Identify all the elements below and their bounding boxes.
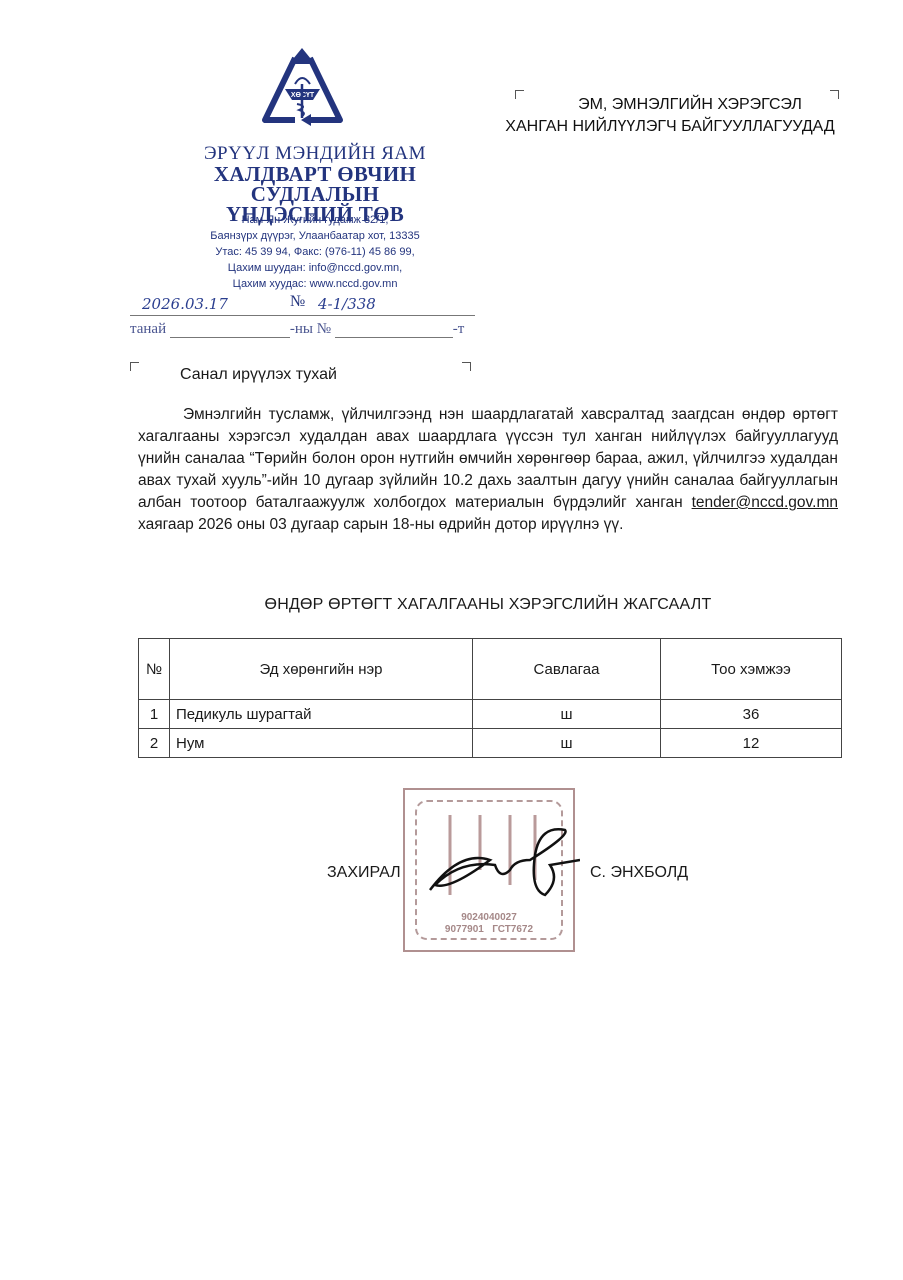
organization-logo-icon: ХӨСҮТ: [255, 44, 350, 132]
subject-corner-right: [462, 362, 471, 371]
organization-address: Нам Ян Жугийн гудамж 32/1, Баянзүрх дүүр…: [170, 212, 460, 292]
letter-subject: Санал ирүүлэх тухай: [180, 366, 337, 384]
your-number-blank: [335, 323, 453, 338]
organization-name-line1: ХАЛДВАРТ ӨВЧИН СУДЛАЛЫН: [150, 164, 480, 204]
items-table: № Эд хөрөнгийн нэр Савлагаа Тоо хэмжээ 1…: [138, 638, 842, 758]
table-title: ӨНДӨР ӨРТӨГТ ХАГАЛГААНЫ ХЭРЭГСЛИЙН ЖАГСА…: [138, 596, 838, 614]
stamp-number-1: 9024040027: [405, 912, 573, 923]
your-reference: танай -ны № -т: [130, 321, 475, 338]
body-text-part2: хаягаар 2026 оны 03 дугаар сарын 18-ны ө…: [138, 516, 623, 533]
letter-number: 4-1/338: [318, 295, 376, 313]
signatory-name: С. ЭНХБОЛД: [590, 864, 688, 882]
row-quantity: 12: [661, 729, 842, 758]
address-street: Нам Ян Жугийн гудамж 32/1,: [170, 212, 460, 228]
row-item-name: Нум: [170, 729, 473, 758]
row-packaging: ш: [473, 700, 661, 729]
handwritten-signature-icon: [420, 820, 580, 900]
row-quantity: 36: [661, 700, 842, 729]
row-item-name: Педикуль шурагтай: [170, 700, 473, 729]
table-header-row: № Эд хөрөнгийн нэр Савлагаа Тоо хэмжээ: [139, 639, 842, 700]
your-number-label: -ны №: [290, 321, 331, 337]
table-row: 2 Нум ш 12: [139, 729, 842, 758]
tender-email-link[interactable]: tender@nccd.gov.mn: [692, 494, 838, 511]
header-packaging: Савлагаа: [473, 639, 661, 700]
your-end-suffix: -т: [453, 321, 465, 337]
letter-date: 2026.03.17: [142, 295, 228, 313]
table-row: 1 Педикуль шурагтай ш 36: [139, 700, 842, 729]
address-email: Цахим шуудан: info@nccd.gov.mn,: [170, 260, 460, 276]
address-website: Цахим хуудас: www.nccd.gov.mn: [170, 276, 460, 292]
address-phone: Утас: 45 39 94, Факс: (976-11) 45 86 99,: [170, 244, 460, 260]
letter-date-number: 2026.03.17 № 4-1/338: [130, 293, 475, 316]
row-number: 2: [139, 729, 170, 758]
row-packaging: ш: [473, 729, 661, 758]
subject-corner-left: [130, 362, 139, 371]
recipient-line1: ЭМ, ЭМНЭЛГИЙН ХЭРЭГСЭЛ: [480, 94, 860, 116]
header-quantity: Тоо хэмжээ: [661, 639, 842, 700]
recipient-line2: ХАНГАН НИЙЛҮҮЛЭГЧ БАЙГУУЛЛАГУУДАД: [480, 116, 860, 138]
stamp-number-2: 9077901 ГСТ7672: [405, 924, 573, 935]
recipient: ЭМ, ЭМНЭЛГИЙН ХЭРЭГСЭЛ ХАНГАН НИЙЛҮҮЛЭГЧ…: [480, 94, 860, 138]
row-number: 1: [139, 700, 170, 729]
number-label: №: [290, 293, 305, 311]
address-district: Баянзүрх дүүрэг, Улаанбаатар хот, 13335: [170, 228, 460, 244]
header-item-name: Эд хөрөнгийн нэр: [170, 639, 473, 700]
letter-body: Эмнэлгийн тусламж, үйлчилгээнд нэн шаард…: [138, 404, 838, 536]
your-label: танай: [130, 321, 166, 337]
signatory-title: ЗАХИРАЛ: [327, 864, 401, 882]
your-date-blank: [170, 323, 290, 338]
header-number: №: [139, 639, 170, 700]
